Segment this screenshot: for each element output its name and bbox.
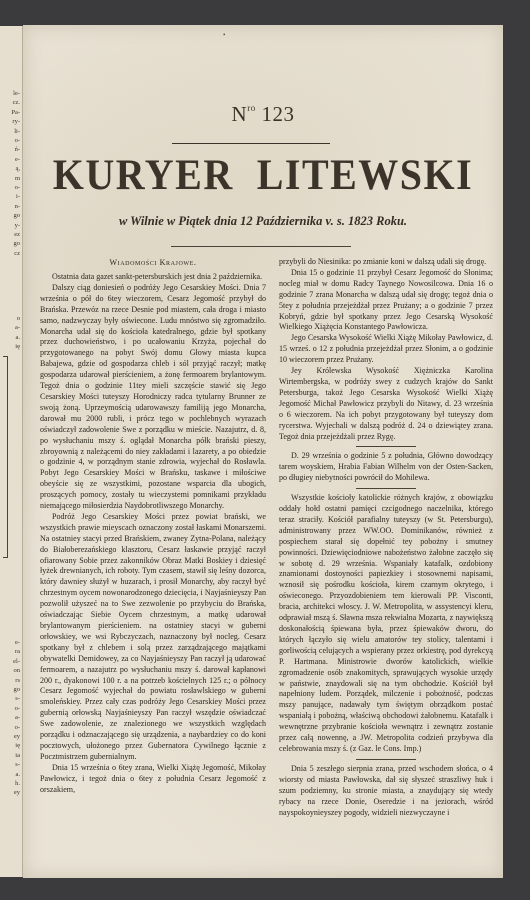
newspaper-title: KURYER LITEWSKI bbox=[23, 149, 503, 200]
previous-page-fragment: ey bbox=[2, 732, 20, 741]
previous-page-edge: le-cz.Pa-ry-li-o-ń-e-ą,mo-i-n-goy-ezgocz… bbox=[0, 26, 23, 877]
number-divider bbox=[172, 143, 330, 144]
previous-page-fragment: o- bbox=[2, 183, 20, 192]
previous-page-fragment: o- bbox=[2, 723, 20, 732]
previous-page-fragment: go bbox=[2, 685, 20, 694]
previous-page-fragment: o- bbox=[2, 136, 20, 145]
article-paragraph: D. 29 września o godzinie 5 z południa, … bbox=[279, 451, 493, 484]
previous-page-fragment: ń- bbox=[2, 145, 20, 154]
section-heading: Wiadomości Krajowe. bbox=[40, 257, 266, 269]
previous-page-fragment: el- bbox=[2, 657, 20, 666]
article-paragraph: przybyli do Niesinika: po zmianie koni w… bbox=[279, 257, 493, 268]
previous-page-fragment: ię bbox=[2, 342, 20, 351]
previous-page-fragment: n- bbox=[2, 202, 20, 211]
left-column: Wiadomości Krajowe. Ostatnia data gazet … bbox=[40, 257, 266, 796]
previous-page-fragment: h. bbox=[2, 779, 20, 788]
previous-page-rule-box bbox=[3, 356, 8, 558]
newspaper-page: • Nro 123 KURYER LITEWSKI w Wilnie w Pią… bbox=[23, 25, 503, 878]
previous-page-fragment: s- bbox=[2, 760, 20, 769]
previous-page-fragment: Pa- bbox=[2, 108, 20, 117]
article-paragraph: Ostatnia data gazet sankt-petersburskich… bbox=[40, 272, 266, 283]
previous-page-fragment: i- bbox=[2, 192, 20, 201]
previous-page-fragment: a- bbox=[2, 323, 20, 332]
previous-page-fragment: ey bbox=[2, 788, 20, 797]
previous-page-fragment: e- bbox=[2, 155, 20, 164]
previous-page-fragment: go bbox=[2, 239, 20, 248]
previous-page-fragment: o- bbox=[2, 704, 20, 713]
previous-page-fragment: cz. bbox=[2, 98, 20, 107]
previous-page-fragment: m bbox=[2, 174, 20, 183]
previous-page-fragment: cz bbox=[2, 249, 20, 258]
article-paragraph: Wszystkie kościoły katolickie różnych kr… bbox=[279, 493, 493, 755]
article-paragraph: Jey Królewska Wysokość Xiężniczka Karoli… bbox=[279, 366, 493, 442]
previous-page-fragment: e- bbox=[2, 638, 20, 647]
article-paragraph: Podróż Jego Cesarskiey Mości przez powia… bbox=[40, 512, 266, 763]
page-mark: • bbox=[223, 31, 225, 39]
issue-number: Nro 123 bbox=[23, 102, 503, 127]
previous-page-fragment: ą, bbox=[2, 164, 20, 173]
previous-page-fragment: rs bbox=[2, 676, 20, 685]
previous-page-fragment: le- bbox=[2, 89, 20, 98]
previous-page-fragment: ez bbox=[2, 230, 20, 239]
previous-page-fragment: on bbox=[2, 666, 20, 675]
article-paragraph: Jego Cesarska Wysokość Wielki Xiążę Miko… bbox=[279, 333, 493, 366]
issue-number-suffix: ro bbox=[247, 103, 256, 113]
previous-page-fragment: li- bbox=[2, 127, 20, 136]
issue-number-prefix: N bbox=[232, 102, 248, 126]
previous-page-fragment: ra bbox=[2, 647, 20, 656]
previous-page-fragment: a. bbox=[2, 333, 20, 342]
previous-page-fragment: y- bbox=[2, 221, 20, 230]
previous-page-fragment: o bbox=[2, 314, 20, 323]
dateline: w Wilnie w Piątek dnia 12 Października v… bbox=[23, 214, 503, 229]
article-paragraph: Dnia 5 zeszłego sierpnia zrana, przed ws… bbox=[279, 764, 493, 819]
previous-page-fragment: s- bbox=[2, 694, 20, 703]
previous-page-fragment: ry- bbox=[2, 117, 20, 126]
article-divider bbox=[356, 759, 416, 760]
previous-page-fragment: ię bbox=[2, 741, 20, 750]
issue-number-value: 123 bbox=[261, 102, 294, 126]
article-divider bbox=[356, 488, 416, 489]
previous-page-fragment: ia bbox=[2, 751, 20, 760]
article-paragraph: Dnia 15 września o 6tey zrana, Wielki Xi… bbox=[40, 763, 266, 796]
previous-page-fragment: a. bbox=[2, 770, 20, 779]
article-paragraph: Dnia 15 o godzinie 11 przybył Cesarz Jeg… bbox=[279, 268, 493, 333]
article-paragraph: Dalszy ciąg doniesień o podróży Jego Ces… bbox=[40, 283, 266, 512]
previous-page-fragment: a- bbox=[2, 713, 20, 722]
masthead-divider bbox=[171, 246, 351, 247]
article-divider bbox=[356, 446, 416, 447]
right-column: przybyli do Niesinika: po zmianie koni w… bbox=[279, 257, 493, 818]
previous-page-fragment: go bbox=[2, 211, 20, 220]
